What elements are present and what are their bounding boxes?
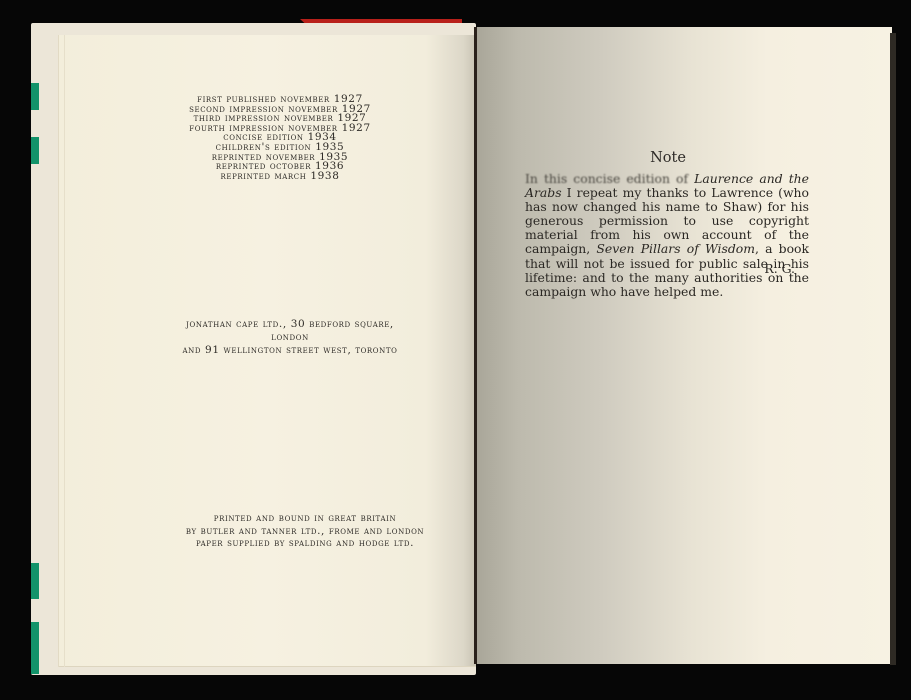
note-text: In this concise edition of: [525, 171, 694, 186]
impression-line: REPRINTED MARCH 1938: [170, 172, 390, 182]
publisher-address: JONATHAN CAPE LTD., 30 BEDFORD SQUARE, L…: [170, 318, 410, 357]
jacket-green-stripe: [31, 83, 39, 110]
printer-line: PAPER SUPPLIED BY SPALDING AND HODGE LTD…: [180, 537, 430, 550]
note-title: Note: [520, 150, 816, 166]
impressions-list: FIRST PUBLISHED NOVEMBER 1927 SECOND IMP…: [170, 95, 390, 181]
publisher-line: AND 91 WELLINGTON STREET WEST, TORONTO: [170, 344, 410, 357]
printer-credits: PRINTED AND BOUND IN GREAT BRITAIN BY BU…: [180, 512, 430, 550]
printer-line: PRINTED AND BOUND IN GREAT BRITAIN: [180, 512, 430, 525]
publisher-line: JONATHAN CAPE LTD., 30 BEDFORD SQUARE, L…: [170, 318, 410, 344]
right-page-shadow-edge: [890, 33, 896, 665]
printer-line: BY BUTLER AND TANNER LTD., FROME AND LON…: [180, 525, 430, 538]
note-body: In this concise edition of Laurence and …: [525, 172, 809, 299]
note-work-title: Seven Pillars of Wisdom: [596, 241, 755, 256]
note-signature: R. G.: [700, 261, 795, 276]
jacket-green-stripe: [31, 622, 39, 674]
right-page-note: [477, 27, 892, 664]
book-spread-photo: FIRST PUBLISHED NOVEMBER 1927 SECOND IMP…: [0, 0, 911, 700]
jacket-green-stripe: [31, 563, 39, 599]
jacket-green-stripe: [31, 137, 39, 164]
page-edge-line: [64, 35, 65, 667]
